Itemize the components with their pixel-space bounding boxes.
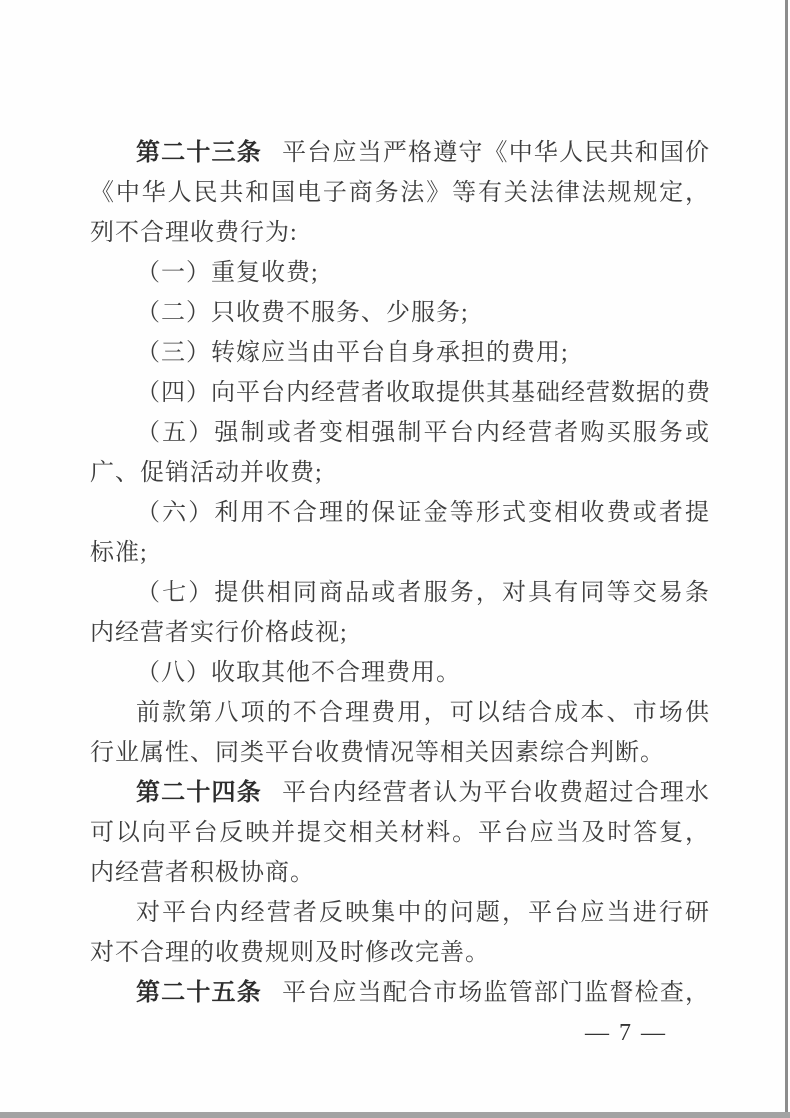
text-line: 对平台内经营者反映集中的问题，平台应当进行研究评估， <box>90 893 710 933</box>
paragraph: （五）强制或者变相强制平台内经营者购买服务或者参加推广、促销活动并收费; <box>90 413 710 493</box>
document-page: 第二十三条平台应当严格遵守《中华人民共和国价格法》《中华人民共和国电子商务法》等… <box>0 0 790 1118</box>
article-number: 第二十四条 <box>136 779 262 806</box>
text-line: （五）强制或者变相强制平台内经营者购买服务或者参加推 <box>90 413 710 453</box>
text-line: （八）收取其他不合理费用。 <box>90 653 710 693</box>
text-line: 第二十四条平台内经营者认为平台收费超过合理水平的， <box>90 773 710 813</box>
paragraph: （七）提供相同商品或者服务，对具有同等交易条件的平台内经营者实行价格歧视; <box>90 573 710 653</box>
text-line: 《中华人民共和国电子商务法》等有关法律法规规定，不得有下 <box>90 173 710 213</box>
text-line: 内经营者积极协商。 <box>90 853 710 893</box>
paragraph: （六）利用不合理的保证金等形式变相收费或者提高收费标准; <box>90 493 710 573</box>
text-line: （七）提供相同商品或者服务，对具有同等交易条件的平台 <box>90 573 710 613</box>
article-number: 第二十五条 <box>136 979 262 1006</box>
text-line: 前款第八项的不合理费用，可以结合成本、市场供需状况、 <box>90 693 710 733</box>
paragraph: （三）转嫁应当由平台自身承担的费用; <box>90 333 710 373</box>
page-number: — 7 — <box>90 1013 710 1053</box>
paragraph: （四）向平台内经营者收取提供其基础经营数据的费用; <box>90 373 710 413</box>
text-line: （四）向平台内经营者收取提供其基础经营数据的费用; <box>90 373 710 413</box>
text-line: 可以向平台反映并提交相关材料。平台应当及时答复，并与平台 <box>90 813 710 853</box>
text-line: 第二十三条平台应当严格遵守《中华人民共和国价格法》 <box>90 133 710 173</box>
text-line: 广、促销活动并收费; <box>90 453 710 493</box>
paragraph: 对平台内经营者反映集中的问题，平台应当进行研究评估，对不合理的收费规则及时修改完… <box>90 893 710 973</box>
paragraph: 第二十五条平台应当配合市场监管部门监督检查，及时按 <box>90 973 710 1013</box>
document-body: 第二十三条平台应当严格遵守《中华人民共和国价格法》《中华人民共和国电子商务法》等… <box>90 133 710 1053</box>
scan-edge-bottom <box>0 1112 790 1118</box>
text-line: 第二十五条平台应当配合市场监管部门监督检查，及时按 <box>90 973 710 1013</box>
paragraph: （二）只收费不服务、少服务; <box>90 293 710 333</box>
text-line: （一）重复收费; <box>90 253 710 293</box>
text-line: 对不合理的收费规则及时修改完善。 <box>90 933 710 973</box>
scan-edge-right <box>785 0 788 1118</box>
text-line: 标准; <box>90 533 710 573</box>
paragraph: 第二十三条平台应当严格遵守《中华人民共和国价格法》《中华人民共和国电子商务法》等… <box>90 133 710 253</box>
paragraph: 前款第八项的不合理费用，可以结合成本、市场供需状况、行业属性、同类平台收费情况等… <box>90 693 710 773</box>
text-line: 内经营者实行价格歧视; <box>90 613 710 653</box>
paragraph: （八）收取其他不合理费用。 <box>90 653 710 693</box>
text-line: （六）利用不合理的保证金等形式变相收费或者提高收费 <box>90 493 710 533</box>
text-line: （二）只收费不服务、少服务; <box>90 293 710 333</box>
text-line: 行业属性、同类平台收费情况等相关因素综合判断。 <box>90 733 710 773</box>
text-line: 列不合理收费行为: <box>90 213 710 253</box>
article-number: 第二十三条 <box>136 139 262 166</box>
paragraph: 第二十四条平台内经营者认为平台收费超过合理水平的，可以向平台反映并提交相关材料。… <box>90 773 710 893</box>
text-line: （三）转嫁应当由平台自身承担的费用; <box>90 333 710 373</box>
paragraph: （一）重复收费; <box>90 253 710 293</box>
